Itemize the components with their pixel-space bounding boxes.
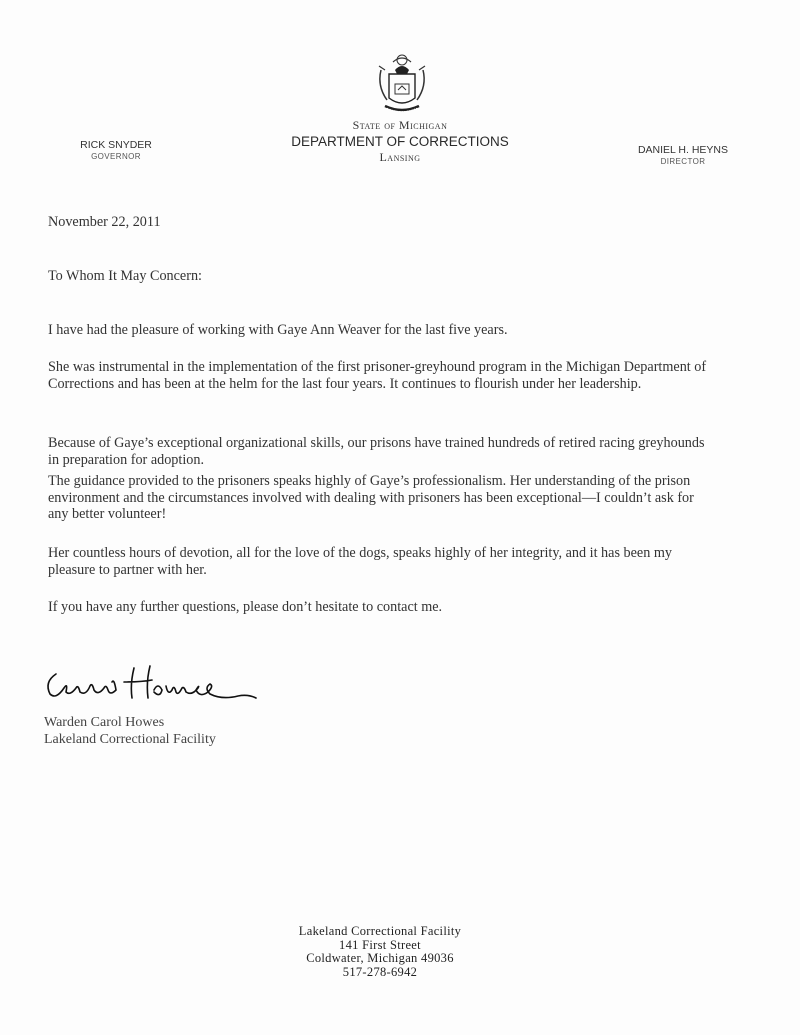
state-name: State of Michigan	[200, 118, 600, 132]
director-name: DANIEL H. HEYNS	[618, 144, 748, 157]
paragraph-6: If you have any further questions, pleas…	[48, 599, 708, 616]
paragraph-1: I have had the pleasure of working with …	[48, 322, 708, 339]
director-title: DIRECTOR	[618, 157, 748, 167]
footer-street: 141 First Street	[230, 939, 530, 953]
signer-block: Warden Carol Howes Lakeland Correctional…	[44, 714, 216, 748]
footer-phone: 517-278-6942	[230, 966, 530, 980]
michigan-seal-icon	[371, 52, 433, 118]
paragraph-4: The guidance provided to the prisoners s…	[48, 473, 708, 523]
department-heading: State of Michigan DEPARTMENT OF CORRECTI…	[200, 118, 600, 164]
footer-city: Coldwater, Michigan 49036	[230, 952, 530, 966]
department-name: DEPARTMENT OF CORRECTIONS	[200, 133, 600, 150]
footer-address: Lakeland Correctional Facility 141 First…	[230, 925, 530, 979]
letterhead: State of Michigan DEPARTMENT OF CORRECTI…	[0, 0, 800, 180]
letter-date: November 22, 2011	[48, 214, 708, 231]
signer-name: Warden Carol Howes	[44, 714, 216, 731]
city-name: Lansing	[200, 150, 600, 164]
signer-organization: Lakeland Correctional Facility	[44, 731, 216, 748]
salutation: To Whom It May Concern:	[48, 268, 708, 285]
governor-block: RICK SNYDER GOVERNOR	[56, 139, 176, 162]
footer-facility: Lakeland Correctional Facility	[230, 925, 530, 939]
handwritten-signature	[42, 660, 272, 710]
paragraph-3: Because of Gaye’s exceptional organizati…	[48, 435, 708, 468]
director-block: DANIEL H. HEYNS DIRECTOR	[618, 144, 748, 167]
governor-title: GOVERNOR	[56, 152, 176, 162]
paragraph-2: She was instrumental in the implementati…	[48, 359, 708, 392]
paragraph-5: Her countless hours of devotion, all for…	[48, 545, 708, 578]
governor-name: RICK SNYDER	[56, 139, 176, 152]
